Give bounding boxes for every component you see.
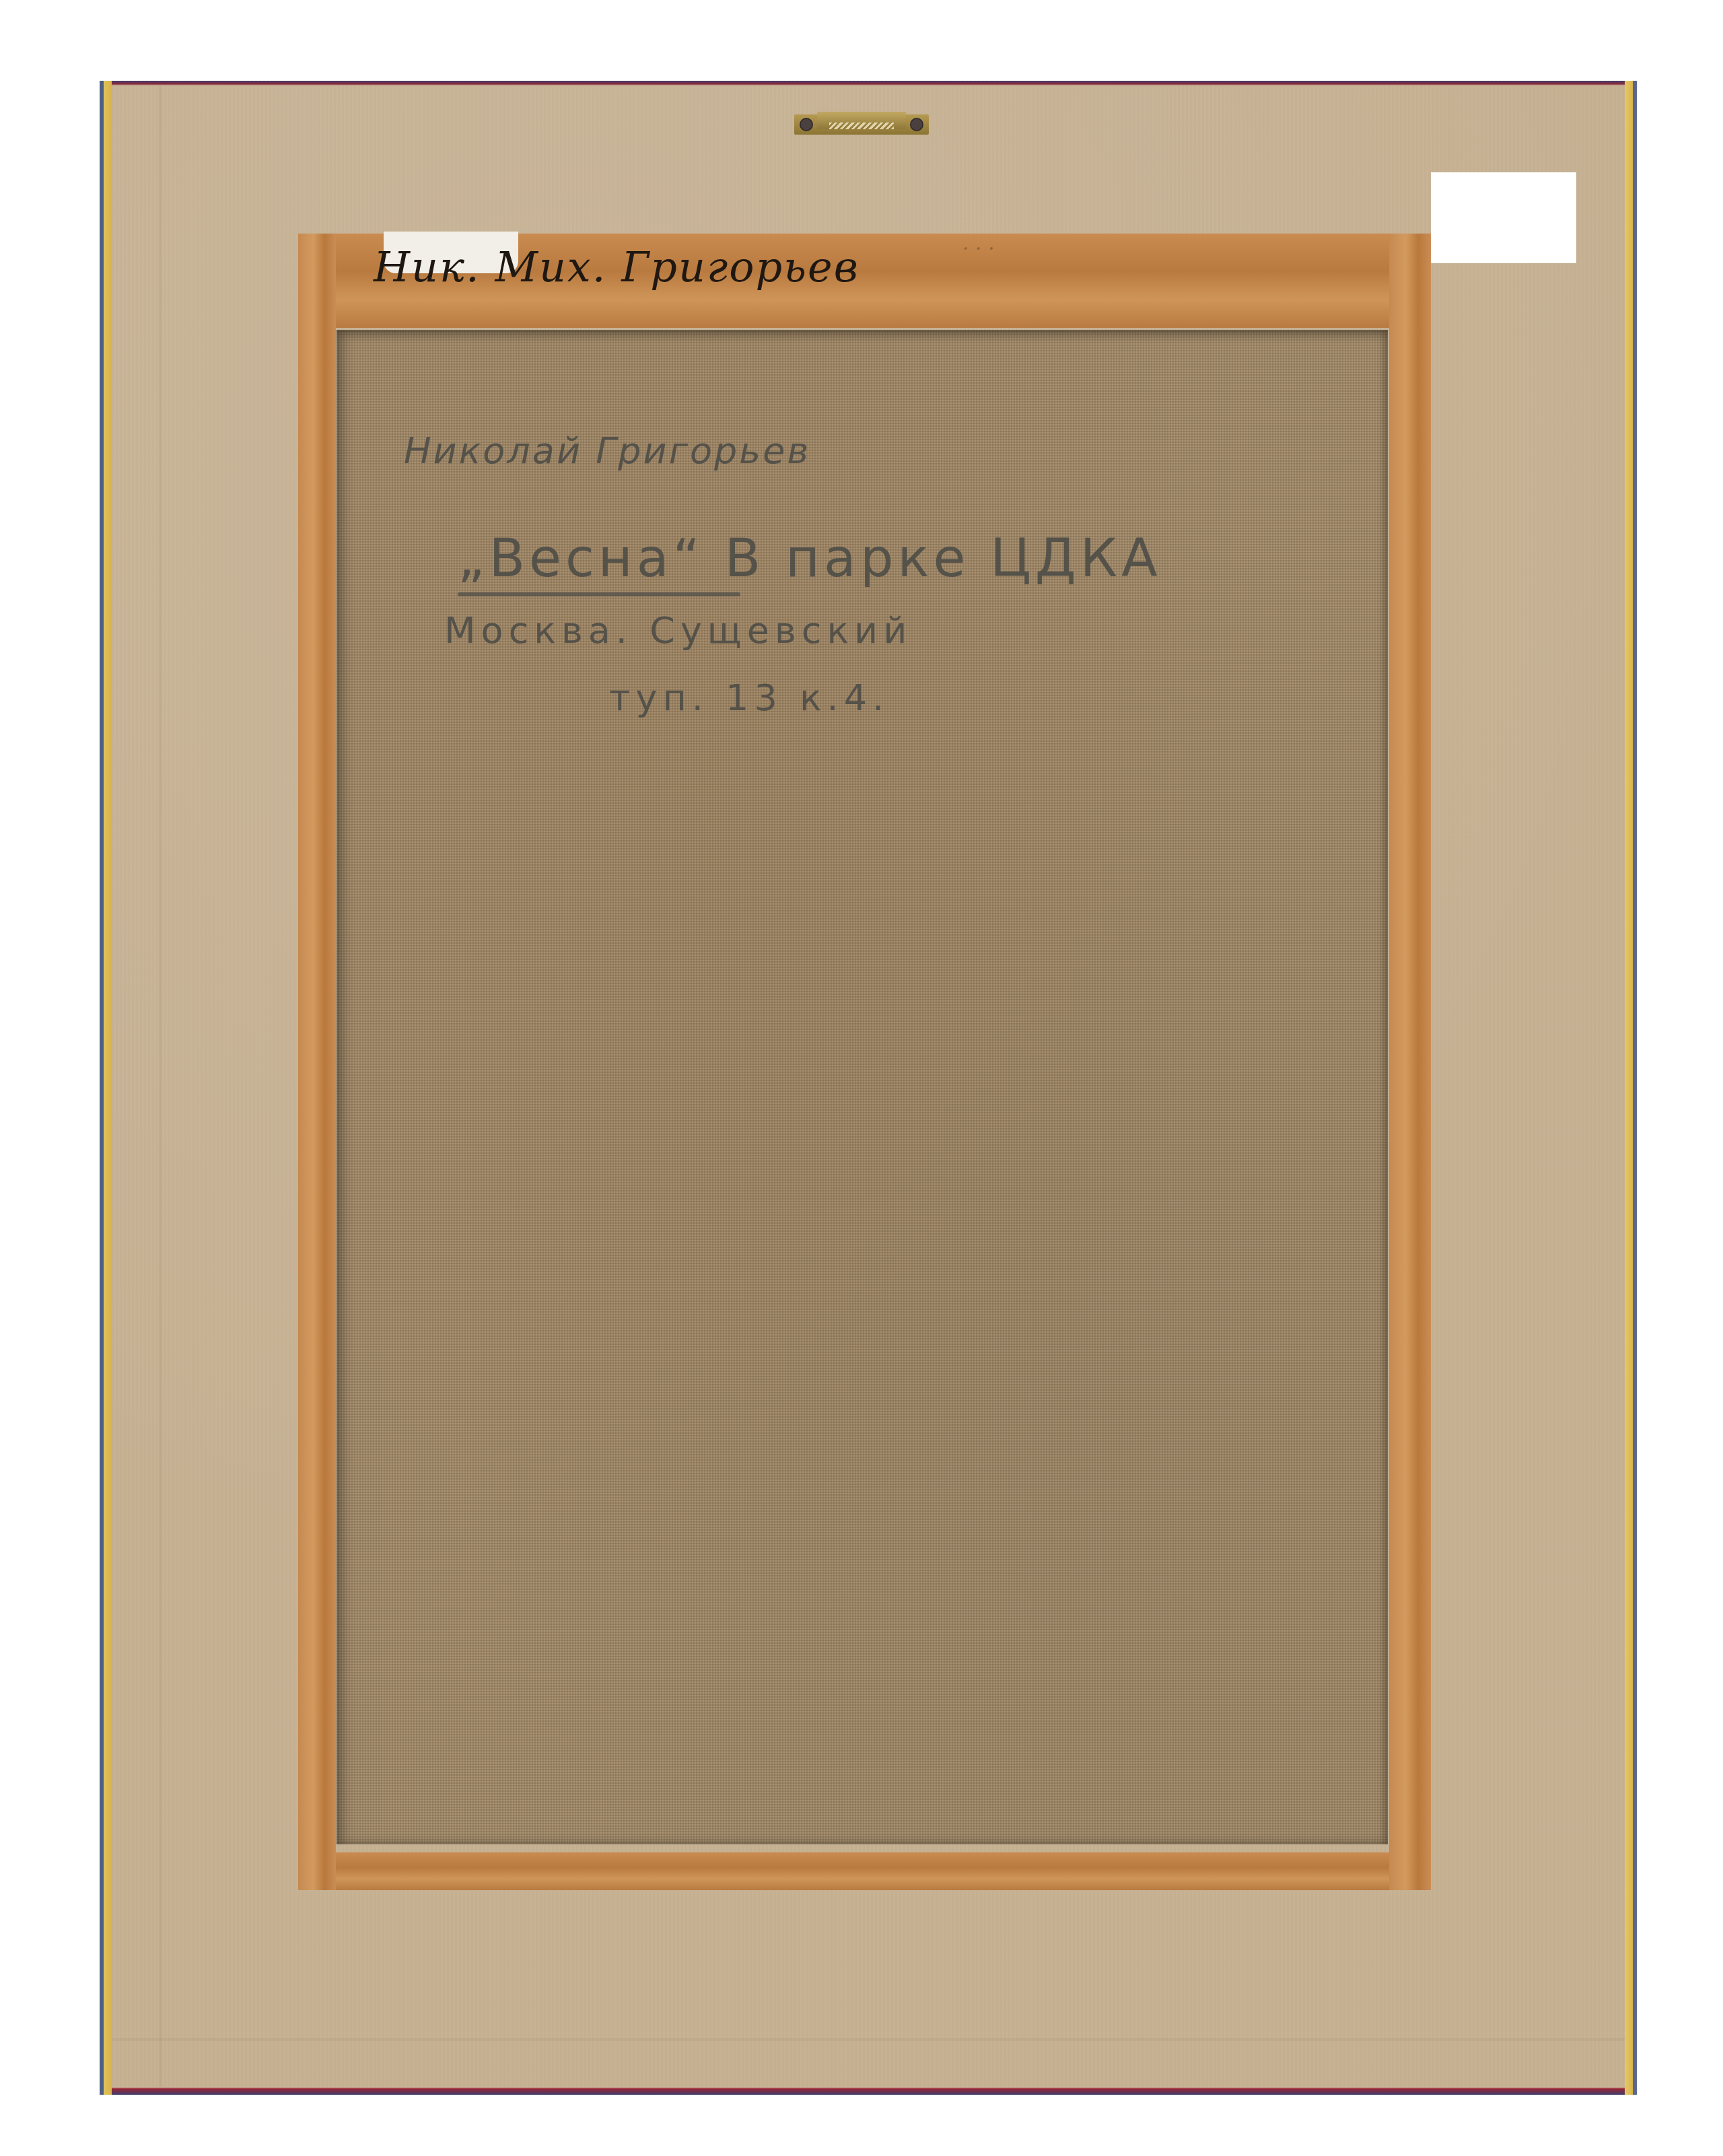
address-inscription-line2: туп. 13 к.4.	[609, 676, 889, 719]
stretcher-pencil-marks: · · ·	[962, 237, 995, 260]
screw-icon	[910, 118, 923, 131]
screw-icon	[800, 118, 813, 131]
title-underline	[458, 592, 740, 596]
board-fold-line	[112, 2038, 1625, 2041]
title-inscription: „Весна“ В парке ЦДКА	[458, 528, 1162, 589]
artist-name-inscription: Николай Григорьев	[404, 429, 810, 472]
stretcher-left-bar	[298, 234, 336, 1890]
white-label	[1431, 172, 1576, 263]
board-fold-line	[159, 86, 162, 2087]
stretcher-signature: Ник. Мих. Григорьев	[374, 242, 859, 291]
address-inscription-line1: Москва. Сущевский	[444, 609, 912, 652]
stretcher-right-bar	[1389, 234, 1431, 1890]
stretcher-bottom-bar	[298, 1852, 1431, 1890]
sawtooth-hanger-icon	[794, 112, 929, 136]
